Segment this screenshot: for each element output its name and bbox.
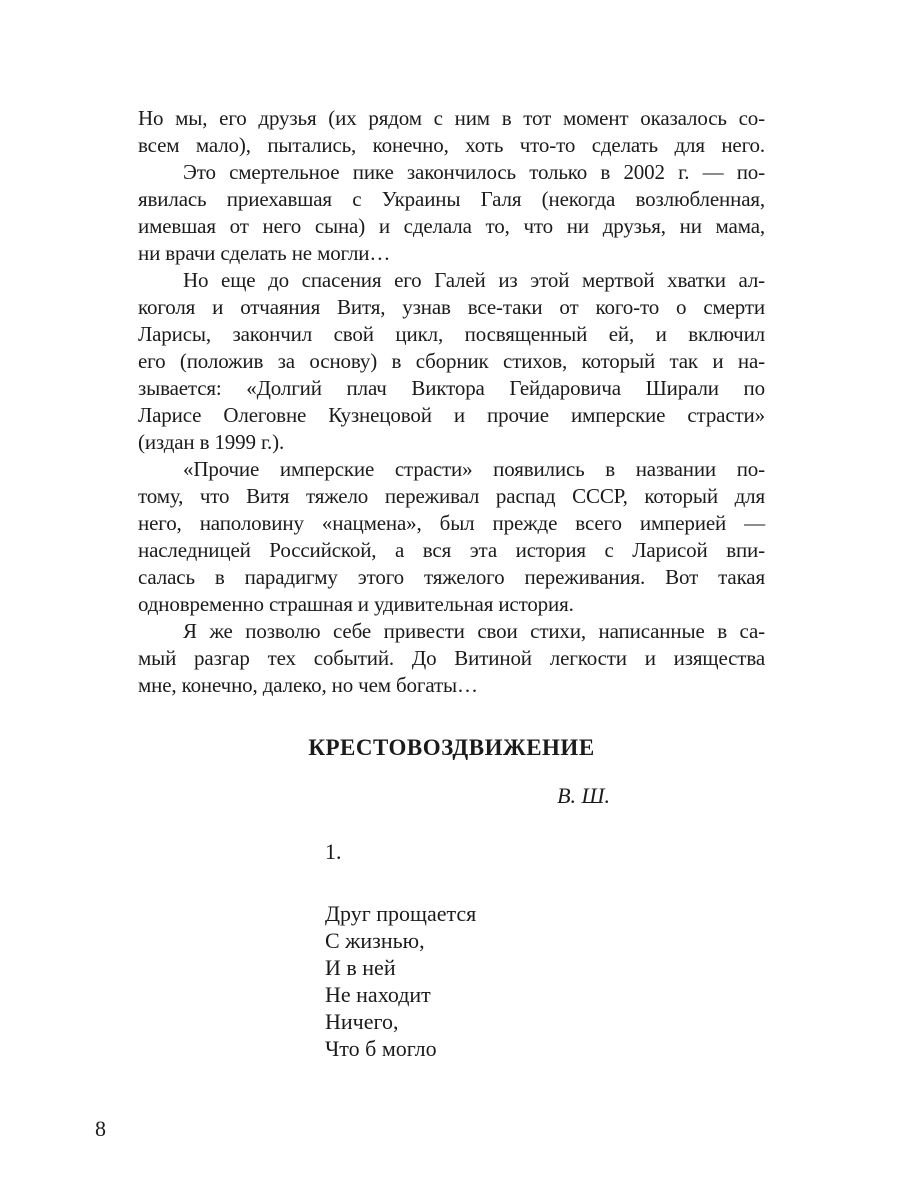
- prose-line: «Прочие имперские страсти» появились в н…: [138, 456, 765, 483]
- prose-line: (издан в 1999 г.).: [138, 429, 765, 456]
- prose-line: него, наполовину «нацмена», был прежде в…: [138, 510, 765, 537]
- prose-line: Я же позволю себе привести свои стихи, н…: [138, 618, 765, 645]
- poem-line: Друг прощается: [325, 900, 765, 927]
- prose-section: Но мы, его друзья (их рядом с ним в тот …: [138, 105, 765, 699]
- prose-line: Ларисе Олеговне Кузнецовой и прочие импе…: [138, 402, 765, 429]
- page-number: 8: [95, 1115, 106, 1142]
- prose-line: зывается: «Долгий плач Виктора Гейдарови…: [138, 375, 765, 402]
- prose-line: мне, конечно, далеко, но чем богаты…: [138, 672, 765, 699]
- prose-line: явилась приехавшая с Украины Галя (неког…: [138, 186, 765, 213]
- prose-line: одновременно страшная и удивительная ист…: [138, 591, 765, 618]
- poem-line: С жизнью,: [325, 927, 765, 954]
- poem-dedication: В. Ш.: [138, 782, 610, 809]
- prose-line: имевшая от него сына) и сделала то, что …: [138, 213, 765, 240]
- poem-line: И в ней: [325, 954, 765, 981]
- poem-title: КРЕСТОВОЗДВИЖЕНИЕ: [138, 734, 765, 761]
- prose-line: Но еще до спасения его Галей из этой мер…: [138, 267, 765, 294]
- prose-line: Это смертельное пике закончилось только …: [138, 159, 765, 186]
- prose-line: тому, что Витя тяжело переживал распад С…: [138, 483, 765, 510]
- poem-line: Что б могло: [325, 1035, 765, 1062]
- prose-line: мый разгар тех событий. До Витиной легко…: [138, 645, 765, 672]
- poem-line: Ничего,: [325, 1008, 765, 1035]
- prose-line: салась в парадигму этого тяжелого пережи…: [138, 564, 765, 591]
- prose-line: Но мы, его друзья (их рядом с ним в тот …: [138, 105, 765, 132]
- prose-line: его (положив за основу) в сборник стихов…: [138, 348, 765, 375]
- poem-line: Не находит: [325, 981, 765, 1008]
- prose-line: коголя и отчаяния Витя, узнав все-таки о…: [138, 294, 765, 321]
- prose-line: всем мало), пытались, конечно, хоть что-…: [138, 132, 765, 159]
- prose-line: наследницей Российской, а вся эта истори…: [138, 537, 765, 564]
- poem-section-number: 1.: [325, 838, 342, 865]
- prose-line: ни врачи сделать не могли…: [138, 240, 765, 267]
- poem-stanza: Друг прощаетсяС жизнью,И в нейНе находит…: [325, 900, 765, 1062]
- book-page: Но мы, его друзья (их рядом с ним в тот …: [0, 0, 900, 1200]
- prose-line: Ларисы, закончил свой цикл, посвященный …: [138, 321, 765, 348]
